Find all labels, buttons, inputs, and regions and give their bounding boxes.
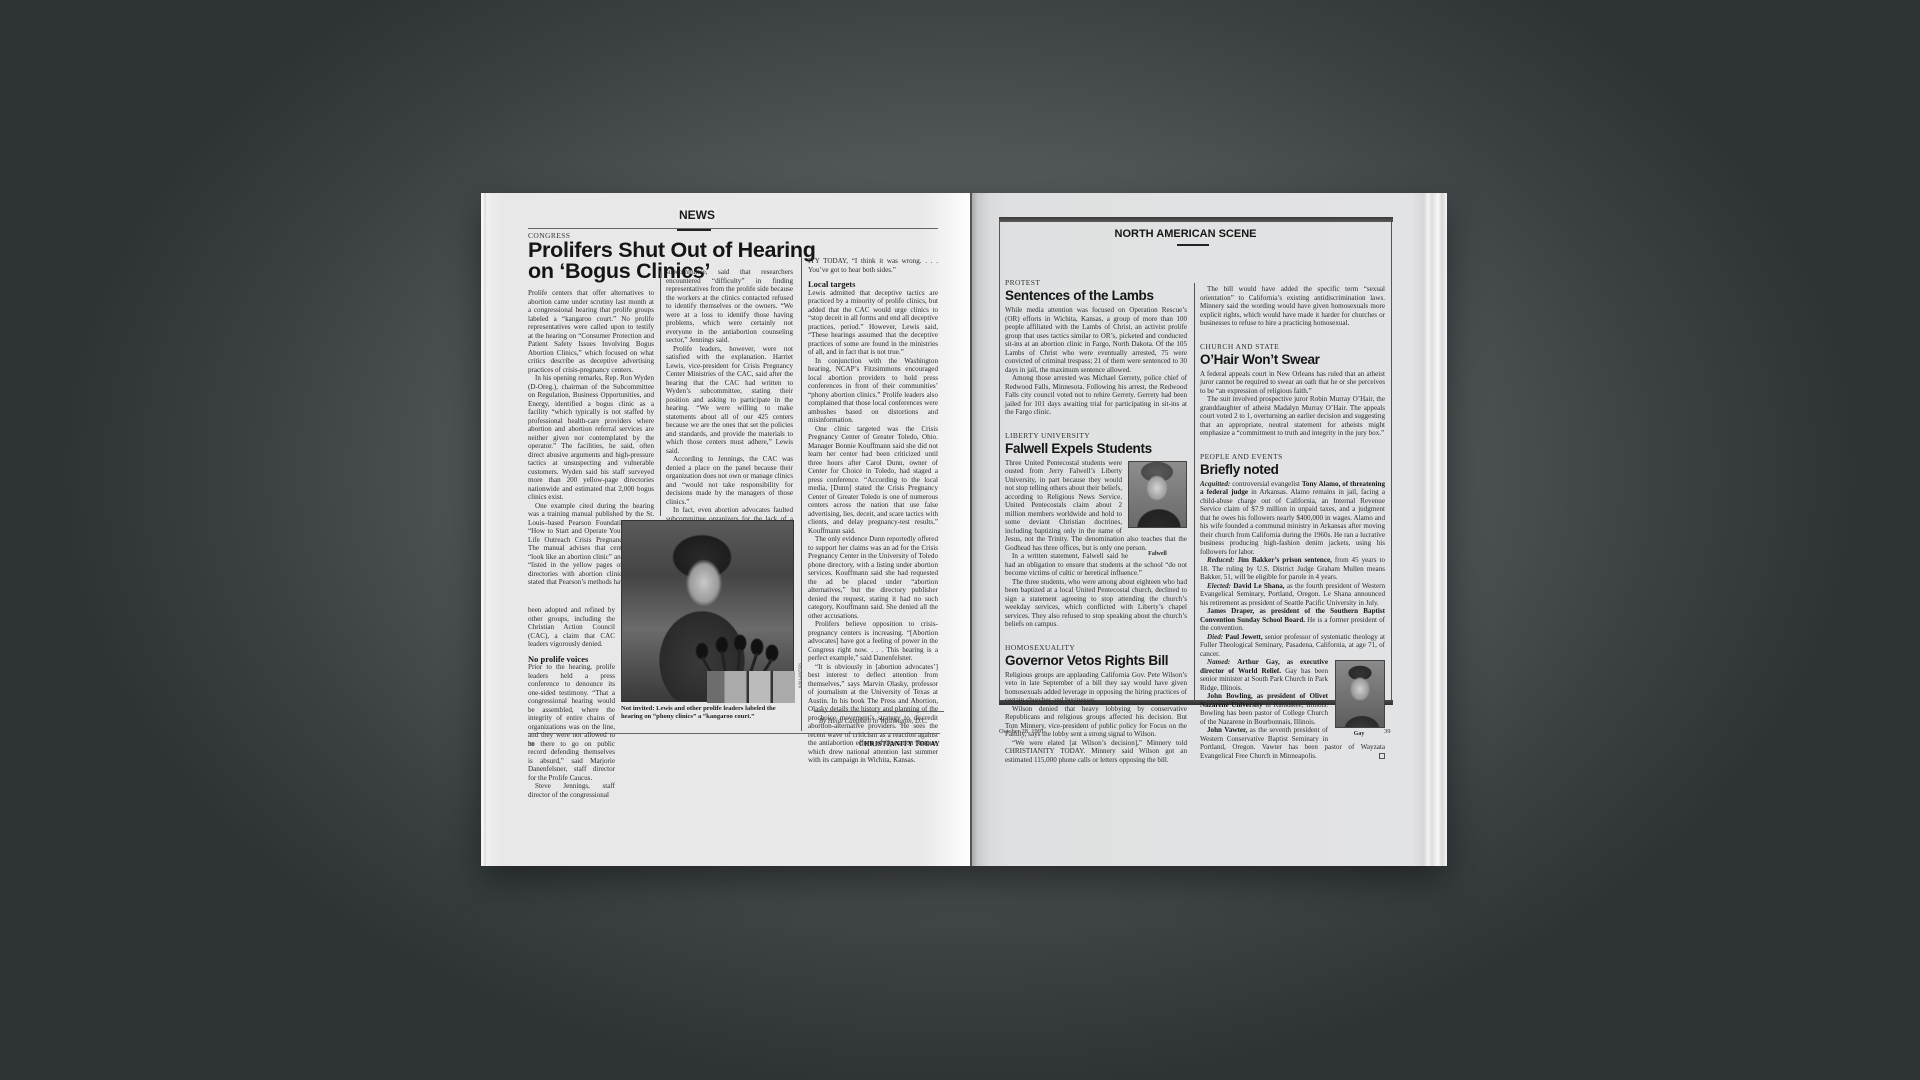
section-underline bbox=[1177, 244, 1209, 246]
section-underline bbox=[677, 229, 711, 231]
podium bbox=[707, 671, 795, 703]
column-divider bbox=[660, 271, 661, 516]
story-headline: Sentences of the Lambs bbox=[1005, 288, 1187, 303]
page-number: 38 bbox=[528, 741, 535, 748]
paragraph: The only evidence Dunn reportedly offere… bbox=[808, 535, 938, 620]
story-governor-continued: The bill would have added the specific t… bbox=[1200, 285, 1385, 328]
story-headline: Governor Vetos Rights Bill bbox=[1005, 653, 1187, 668]
scene-column-1: PROTEST Sentences of the Lambs While med… bbox=[1005, 278, 1187, 778]
subhead: Local targets bbox=[808, 280, 938, 289]
paragraph: Among those arrested was Michael Gerrety… bbox=[1005, 374, 1187, 417]
footer-rule bbox=[528, 733, 940, 734]
right-page: NORTH AMERICAN SCENE PROTEST Sentences o… bbox=[972, 193, 1447, 866]
brief-item: James Draper, as president of the Southe… bbox=[1200, 607, 1385, 633]
photo-caption: Not invited: Lewis and other prolife lea… bbox=[621, 705, 796, 721]
left-page: NEWS CONGRESS Prolifers Shut Out of Hear… bbox=[481, 193, 971, 866]
paragraph: subcommittee, said that researchers enco… bbox=[666, 268, 793, 345]
story-kicker: HOMOSEXUALITY bbox=[1005, 643, 1187, 652]
paragraph: Prior to the hearing, prolife leaders he… bbox=[528, 663, 615, 782]
news-photo bbox=[621, 520, 794, 702]
section-label: NORTH AMERICAN SCENE bbox=[972, 228, 1423, 240]
paragraph: “We were elated [at Wilson’s decision],”… bbox=[1005, 739, 1187, 765]
paragraph: The suit involved prospective juror Robi… bbox=[1200, 395, 1385, 438]
story-headline: O’Hair Won’t Swear bbox=[1200, 352, 1385, 367]
paragraph: ITY TODAY, “I think it was wrong. . . . … bbox=[808, 257, 938, 274]
article-column-1-wrap: been adopted and refined by other groups… bbox=[528, 606, 615, 799]
photo-credit: KIM LAWTON bbox=[797, 663, 802, 688]
paragraph: Steve Jennings, staff director of the co… bbox=[528, 782, 615, 799]
paragraph: Prolife centers that offer alternatives … bbox=[528, 289, 654, 374]
page-number: 39 bbox=[1384, 728, 1391, 735]
brief-item: Acquitted: controversial evangelist Tony… bbox=[1200, 480, 1385, 557]
byline-rule bbox=[814, 711, 944, 712]
story-falwell: LIBERTY UNIVERSITY Falwell Expels Studen… bbox=[1005, 431, 1187, 629]
brief-item: Elected: David Le Shana, as the fourth p… bbox=[1200, 582, 1385, 608]
issue-date: October 28, 1991 bbox=[999, 728, 1044, 735]
paragraph: The three students, who were among about… bbox=[1005, 578, 1187, 629]
paragraph: The bill would have added the specific t… bbox=[1200, 285, 1385, 328]
paragraph: Prolifers believe opposition to crisis-p… bbox=[808, 620, 938, 663]
magazine-spread: NEWS CONGRESS Prolifers Shut Out of Hear… bbox=[481, 193, 1447, 866]
column-divider bbox=[801, 257, 802, 731]
paragraph: Prolife leaders, however, were not satis… bbox=[666, 345, 793, 456]
section-label: NEWS bbox=[677, 208, 717, 222]
brief-item: Died: Paul Jewett, senior professor of s… bbox=[1200, 633, 1385, 659]
paragraph: While media attention was focused on Ope… bbox=[1005, 306, 1187, 374]
paragraph: One clinic targeted was the Crisis Pregn… bbox=[808, 425, 938, 536]
paragraph: “It is obviously in [abortion advocates’… bbox=[808, 663, 938, 765]
story-kicker: CHURCH AND STATE bbox=[1200, 342, 1385, 351]
story-headline: Briefly noted bbox=[1200, 462, 1385, 477]
paragraph: Religious groups are applauding Californ… bbox=[1005, 671, 1187, 705]
scene-top-bar bbox=[999, 217, 1393, 222]
publication-name: CHRISTIANITY TODAY bbox=[859, 741, 940, 748]
falwell-photo bbox=[1128, 461, 1187, 528]
story-kicker: LIBERTY UNIVERSITY bbox=[1005, 431, 1187, 440]
subhead: No prolife voices bbox=[528, 655, 615, 664]
story-kicker: PEOPLE AND EVENTS bbox=[1200, 452, 1385, 461]
story-lambs: PROTEST Sentences of the Lambs While med… bbox=[1005, 278, 1187, 417]
column-divider bbox=[1194, 283, 1195, 701]
paragraph: been adopted and refined by other groups… bbox=[528, 606, 615, 649]
paragraph: In conjunction with the Washington heari… bbox=[808, 357, 938, 425]
article-column-3: ITY TODAY, “I think it was wrong. . . . … bbox=[808, 257, 938, 765]
story-kicker: PROTEST bbox=[1005, 278, 1187, 287]
header-rule bbox=[528, 217, 938, 229]
paragraph: Lewis admitted that deceptive tactics ar… bbox=[808, 289, 938, 357]
paragraph: A federal appeals court in New Orleans h… bbox=[1200, 370, 1385, 396]
story-briefly-noted: PEOPLE AND EVENTS Briefly noted Acquitte… bbox=[1200, 452, 1385, 761]
paragraph: In his opening remarks, Rep. Ron Wyden (… bbox=[528, 374, 654, 502]
gay-photo-block: Gay bbox=[1333, 658, 1385, 739]
paragraph: According to Jennings, the CAC was denie… bbox=[666, 455, 793, 506]
end-mark-icon bbox=[1379, 753, 1385, 759]
story-governor: HOMOSEXUALITY Governor Vetos Rights Bill… bbox=[1005, 643, 1187, 765]
byline: By Heidi Campbell in Washington, D.C. bbox=[819, 718, 928, 725]
scene-column-2: The bill would have added the specific t… bbox=[1200, 285, 1385, 774]
story-headline: Falwell Expels Students bbox=[1005, 441, 1187, 456]
story-ohair: CHURCH AND STATE O’Hair Won’t Swear A fe… bbox=[1200, 342, 1385, 438]
brief-item: Reduced: Jim Bakker’s prison sentence, f… bbox=[1200, 556, 1385, 582]
gay-photo bbox=[1335, 660, 1385, 728]
